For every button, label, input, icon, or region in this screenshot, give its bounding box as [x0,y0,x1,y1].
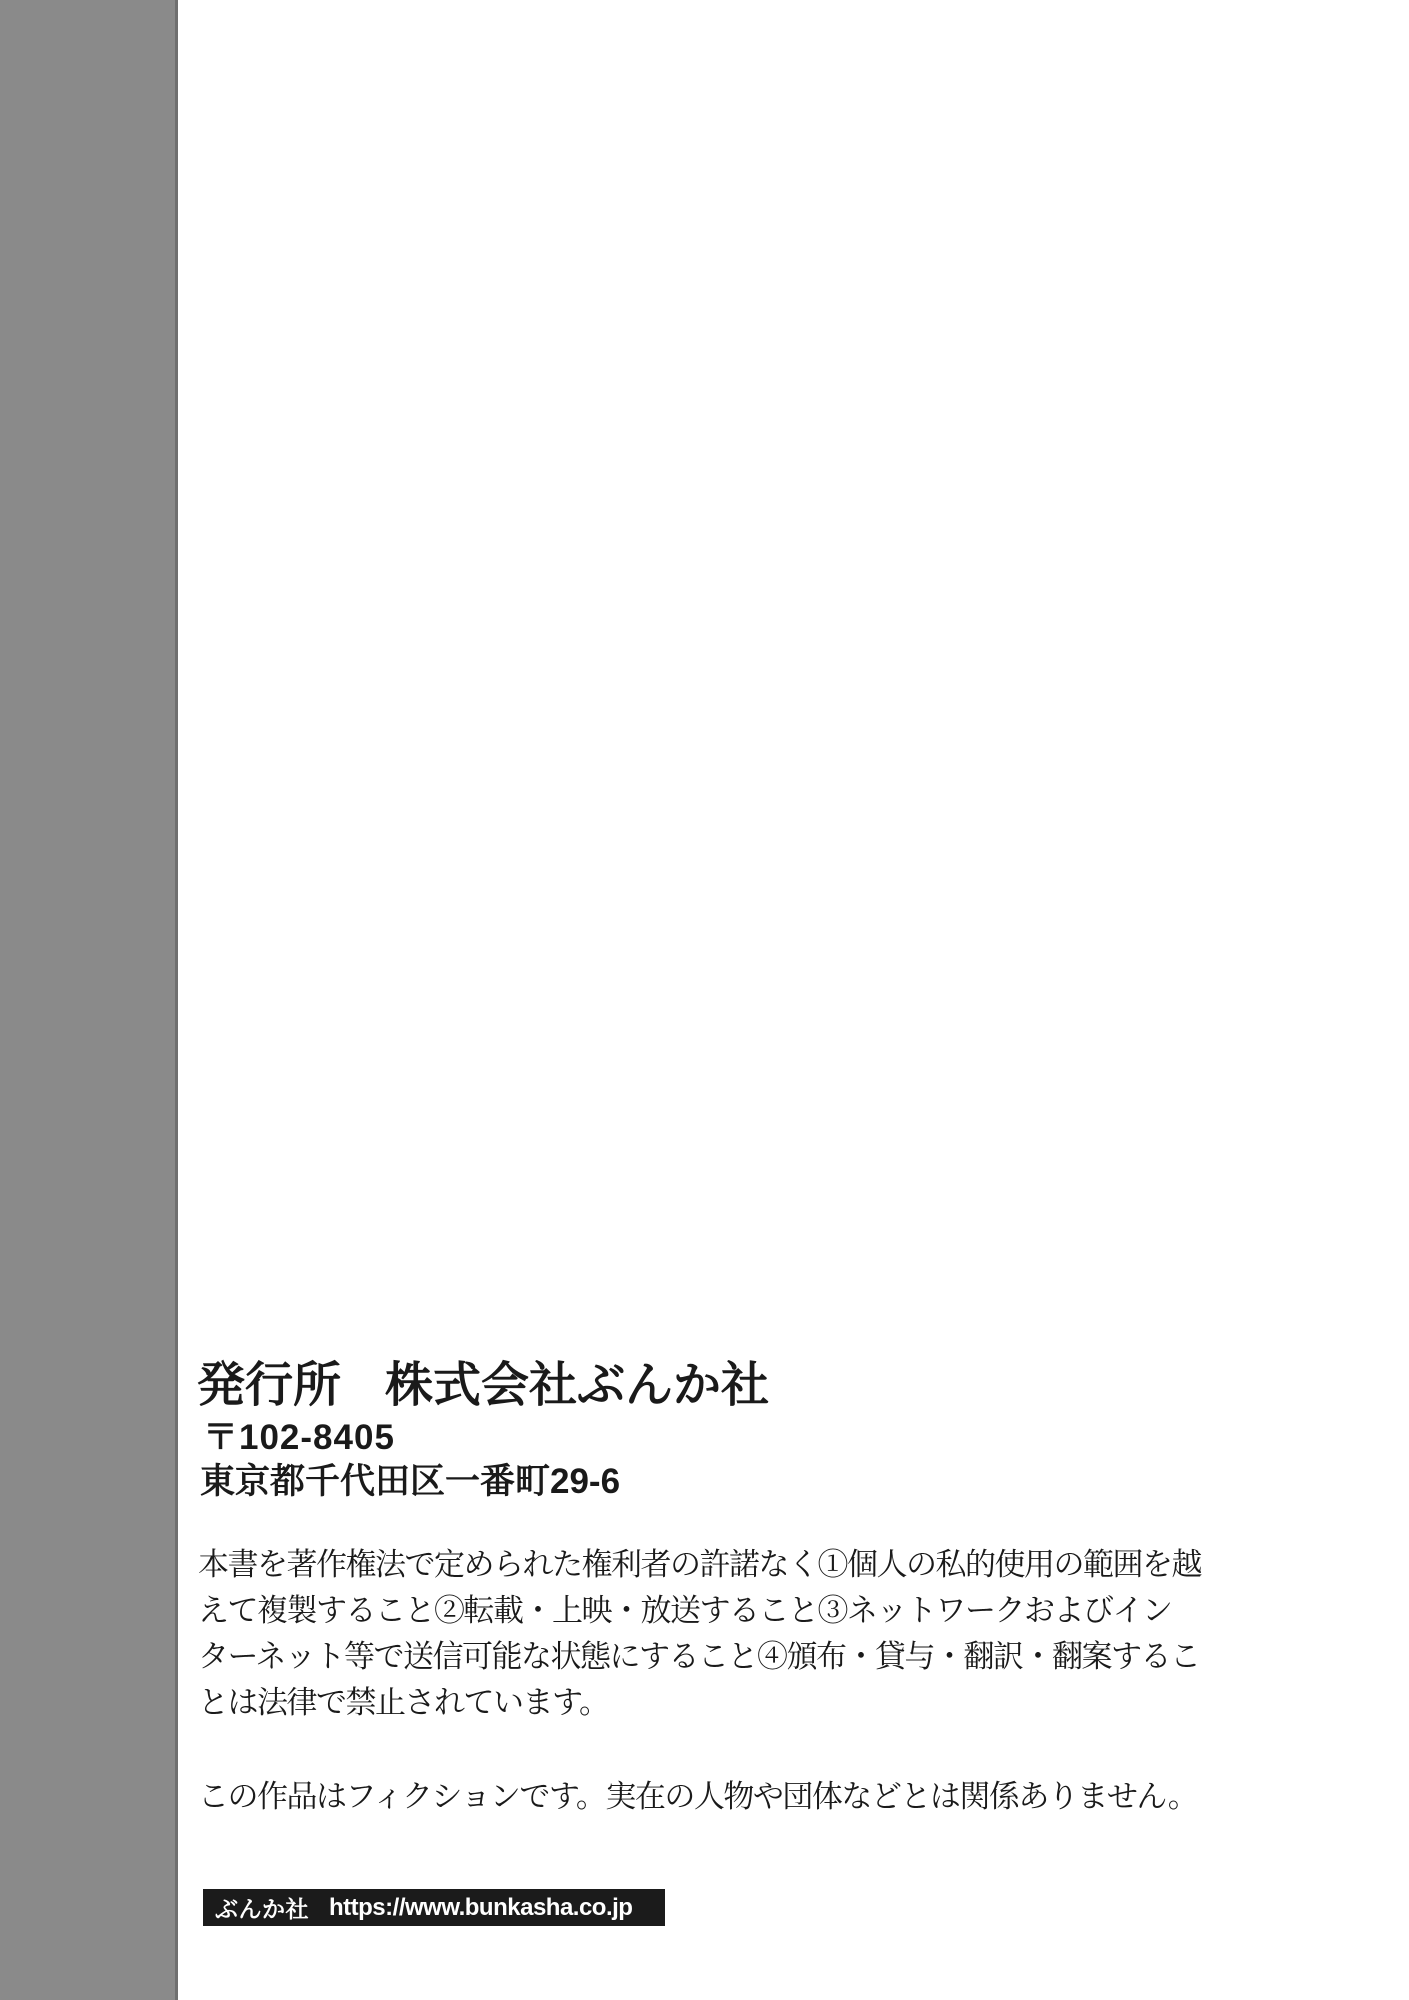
copyright-line: えて複製すること②転載・上映・放送すること③ネットワークおよびイン [198,1588,1201,1634]
publisher-line: 発行所株式会社ぶんか社 [197,1358,769,1414]
publisher-url: https://www.bunkasha.co.jp [329,1894,632,1922]
copyright-line: ターネット等で送信可能な状態にすること④頒布・貸与・翻訳・翻案するこ [198,1634,1201,1680]
copyright-notice: 本書を著作権法で定められた権利者の許諾なく①個人の私的使用の範囲を越 えて複製す… [198,1542,1201,1726]
postal-code: 〒102-8405 [203,1419,395,1457]
publisher-address: 東京都千代田区一番町29-6 [200,1463,620,1501]
copyright-line: 本書を著作権法で定められた権利者の許諾なく①個人の私的使用の範囲を越 [198,1542,1201,1588]
colophon-page: 発行所株式会社ぶんか社 〒102-8405 東京都千代田区一番町29-6 本書を… [0,0,1409,2000]
publisher-label: 発行所 [197,1359,341,1412]
publisher-footer-bar: ぶんか社 https://www.bunkasha.co.jp [203,1889,665,1926]
copyright-line: とは法律で禁止されています。 [198,1680,1201,1726]
left-gutter-bar [0,0,178,2000]
fiction-disclaimer: この作品はフィクションです。実在の人物や団体などとは関係ありません。 [198,1774,1197,1820]
publisher-company: 株式会社ぶんか社 [385,1359,769,1412]
bunkasha-logo: ぶんか社 [215,1891,309,1924]
